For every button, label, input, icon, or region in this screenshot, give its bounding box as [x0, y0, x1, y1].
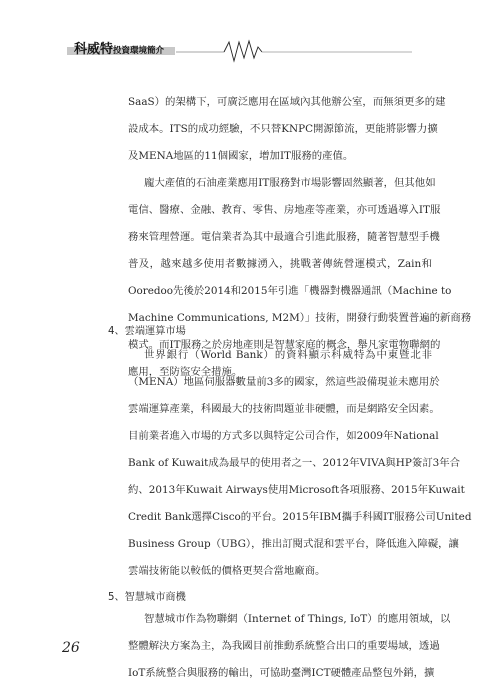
running-header: 科威特投資環境簡介 — [66, 38, 416, 58]
body-line: Credit Bank選擇Cisco的平台。2015年IBM攜手科國IT服務公司… — [128, 510, 432, 524]
section-heading: 5、智慧城市商機 — [108, 588, 186, 603]
body-line: 雲端運算產業，科國最大的技術問題並非硬體，而是網路安全因素。 — [128, 402, 432, 416]
body-line: 目前業者進入市場的方式多以與特定公司合作，如2009年National — [128, 429, 432, 443]
body-line: IoT系統整合與服務的輸出，可協助臺灣ICT硬體產品整包外銷，擴 — [128, 666, 432, 679]
body-line: Business Group（UBG），推出訂閱式混和雲平台，降低進入障礙，讓 — [128, 537, 432, 551]
body-line: 約、2013年Kuwait Airways使用Microsoft各項服務、201… — [128, 483, 432, 497]
body-line: （MENA）地區伺服器數量前3多的國家，然這些設備現並未應用於 — [128, 375, 432, 389]
body-line: 世界銀行（World Bank）的資料顯示科威特為中東暨北非 — [144, 348, 432, 362]
body-line: 龐大產值的石油產業應用IT服務對市場影響固然顯著，但其他如 — [144, 176, 432, 190]
body-line: 務來管理營運。電信業者為其中最適合引進此服務，隨著智慧型手機 — [128, 230, 432, 244]
body-line: 普及，越來越多使用者數據湧入，挑戰著傳統營運模式，Zain和 — [128, 257, 432, 271]
body-line: 智慧城市作為物聯網（Internet of Things, IoT）的應用領域，… — [144, 612, 432, 626]
body-line: 雲端技術能以較低的價格更契合當地廠商。 — [128, 564, 432, 578]
header-title-main: 科威特 — [74, 42, 113, 57]
header-title-sub: 投資環境簡介 — [113, 46, 164, 56]
body-line: SaaS）的架構下，可廣泛應用在區域內其他辦公室，而無須更多的建 — [128, 95, 432, 109]
section-heading: 4、雲端運算市場 — [108, 322, 186, 337]
body-line: 設成本。ITS的成功經驗，不只替KNPC開源節流，更能將影響力擴 — [128, 122, 432, 136]
header-title: 科威特投資環境簡介 — [74, 38, 164, 57]
page-number: 26 — [62, 640, 80, 656]
body-line: Bank of Kuwait成為最早的使用者之一、2012年VIVA與HP簽訂3… — [128, 456, 432, 470]
body-line: 整體解決方案為主，為我國目前推動系統整合出口的重要場域，透過 — [128, 639, 432, 653]
body-line: Ooredoo先後於2014和2015年引進「機器對機器通訊（Machine t… — [128, 284, 432, 298]
body-line: 電信、醫療、金融、教育、零售、房地產等產業，亦可透過導入IT服 — [128, 203, 432, 217]
body-line: 及MENA地區的11個國家，增加IT服務的產值。 — [128, 149, 432, 163]
